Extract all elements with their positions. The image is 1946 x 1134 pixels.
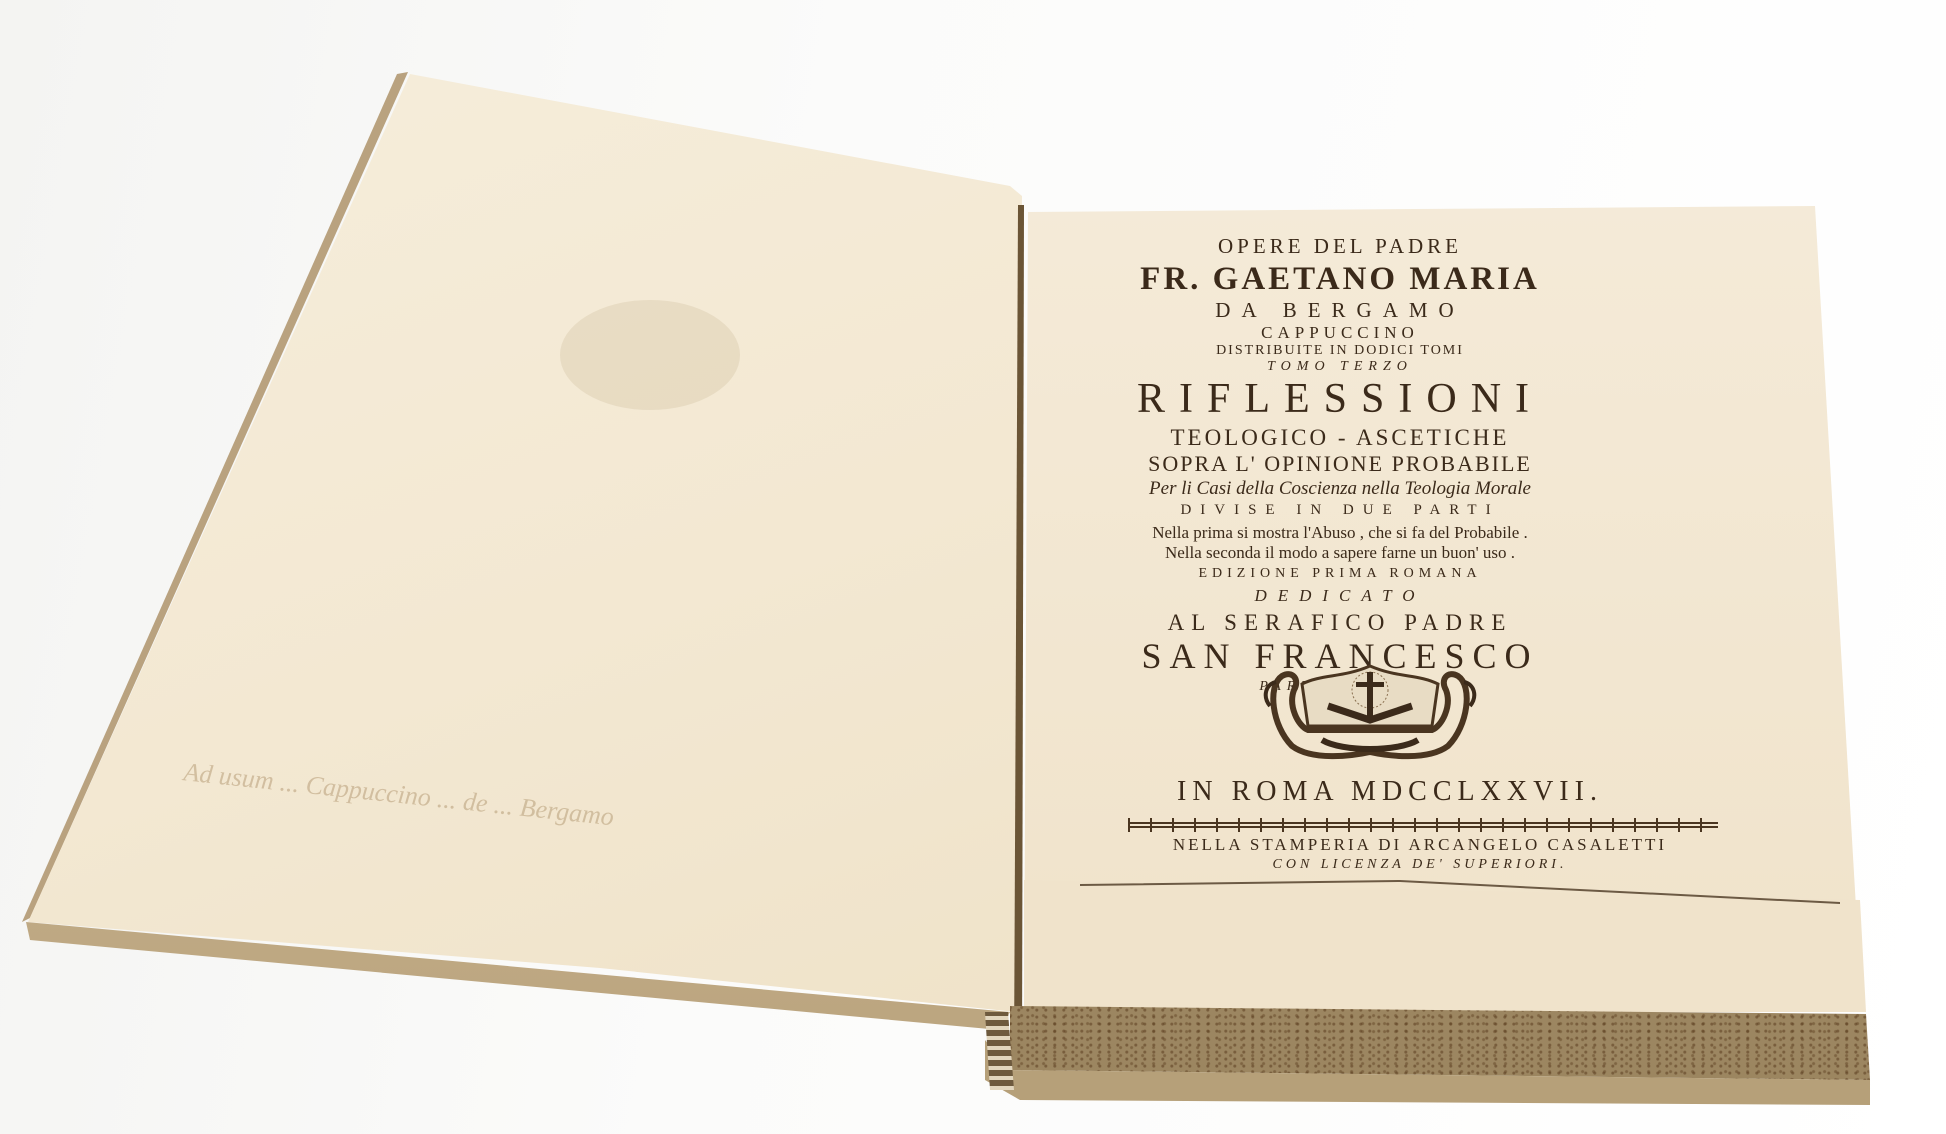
subtitle-3: Per li Casi della Coscienza nella Teolog…: [1040, 479, 1640, 498]
book-title: RIFLESSIONI: [1040, 378, 1640, 420]
ornamental-rule: [1128, 818, 1718, 832]
subtitle-1: TEOLOGICO - ASCETICHE: [1040, 426, 1640, 449]
part-two-description: Nella seconda il modo a sapere farne un …: [1040, 544, 1640, 561]
series-note: DISTRIBUITE IN DODICI TOMI: [1040, 344, 1640, 358]
franciscan-emblem-icon: [1262, 656, 1478, 764]
dedicatee-line-1: AL SERAFICO PADRE: [1040, 611, 1640, 634]
subtitle-2: SOPRA L' OPINIONE PROBABILE: [1040, 453, 1640, 475]
license-line: CON LICENZA DE' SUPERIORI.: [1110, 858, 1730, 872]
edition-line: EDIZIONE PRIMA ROMANA: [1040, 567, 1640, 581]
paper-stain: [560, 300, 740, 410]
dedicato-line: DEDICATO: [1040, 587, 1640, 604]
religious-order: CAPPUCCINO: [1040, 324, 1640, 341]
author-origin: DA BERGAMO: [1040, 300, 1640, 321]
author-name: FR. GAETANO MARIA: [1040, 263, 1640, 296]
printer-name: NELLA STAMPERIA DI ARCANGELO CASALETTI: [1110, 836, 1730, 853]
part-one-description: Nella prima si mostra l'Abuso , che si f…: [1040, 524, 1640, 541]
title-page-text: OPERE DEL PADRE FR. GAETANO MARIA DA BER…: [1040, 236, 1640, 694]
place-and-year: IN ROMA MDCCLXXVII.: [1090, 778, 1690, 806]
printer-imprint: NELLA STAMPERIA DI ARCANGELO CASALETTI C…: [1110, 836, 1730, 872]
divise-line: DIVISE IN DUE PARTI: [1040, 503, 1640, 518]
opere-line: OPERE DEL PADRE: [1040, 236, 1640, 257]
volume-number: TOMO TERZO: [1040, 360, 1640, 374]
imprint-place-date: IN ROMA MDCCLXXVII.: [1090, 778, 1690, 806]
